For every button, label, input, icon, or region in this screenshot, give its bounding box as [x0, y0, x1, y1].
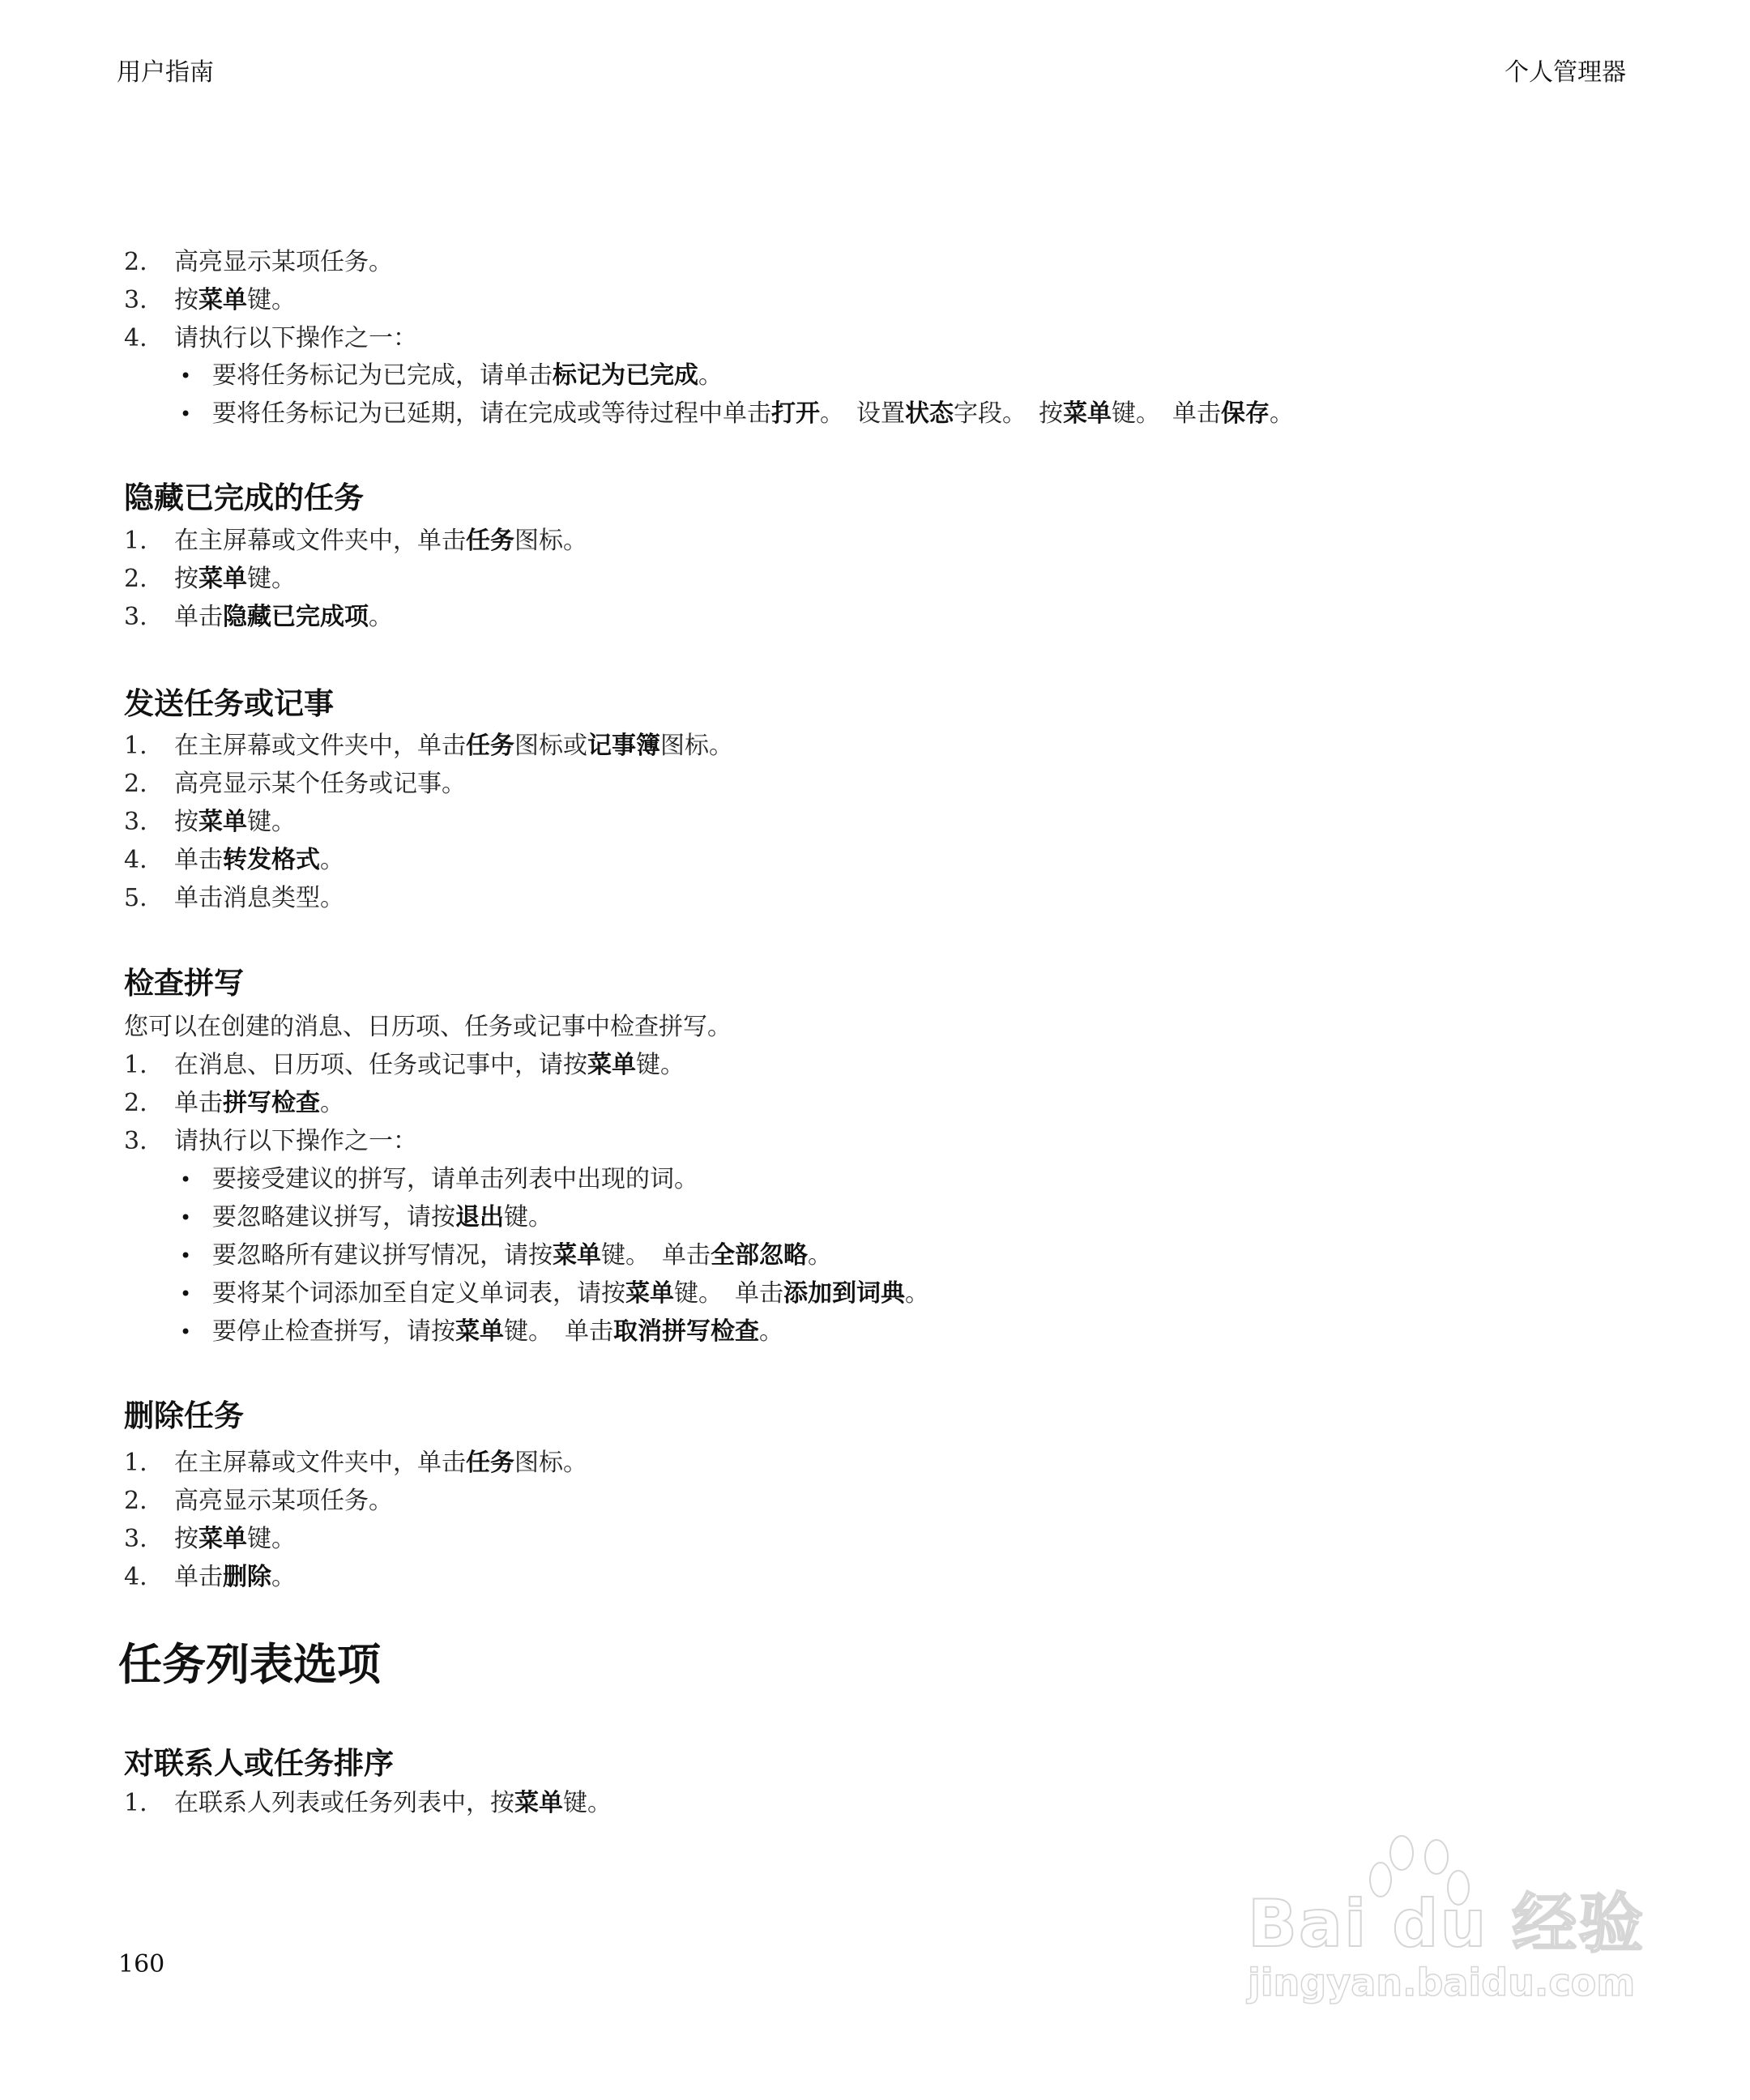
ui-term: 状态 — [905, 399, 954, 428]
step-content: 在主屏幕或文件夹中，单击任务图标。 — [174, 529, 587, 553]
step-text: 要停止检查拼写，请按 — [212, 1317, 455, 1346]
ui-term: 菜单 — [198, 286, 247, 314]
step-text: 高亮显示某个任务或记事。 — [174, 770, 466, 798]
section-heading: 对联系人或任务排序 — [124, 1748, 394, 1778]
step-text: 。 — [320, 1089, 344, 1117]
step-text: 要忽略建议拼写，请按 — [212, 1203, 455, 1231]
ui-term: 添加到词典 — [783, 1279, 905, 1308]
step-text: 按 — [174, 286, 198, 314]
step-text: 按 — [174, 1525, 198, 1553]
ui-term: 打开 — [771, 399, 820, 428]
bullet-icon: • — [180, 1167, 191, 1192]
step-number: 3. — [124, 288, 147, 313]
section-intro: 您可以在创建的消息、日历项、任务或记事中检查拼写。 — [124, 1015, 732, 1039]
step-content: 按菜单键。 — [174, 567, 296, 591]
step-number: 2. — [124, 250, 147, 275]
running-header-right: 个人管理器 — [1505, 61, 1626, 85]
step-content: 在主屏幕或文件夹中，单击任务图标。 — [174, 1451, 587, 1475]
step-text: 在主屏幕或文件夹中，单击 — [174, 1449, 466, 1477]
step-text: 要将某个词添加至自定义单词表，请按 — [212, 1279, 625, 1308]
ui-term: 任务 — [466, 1449, 514, 1477]
step-text: 。 — [808, 1241, 832, 1270]
step-content: 在消息、日历项、任务或记事中，请按菜单键。 — [174, 1053, 685, 1078]
step-number: 3. — [124, 605, 147, 630]
ui-term: 退出 — [455, 1203, 504, 1231]
ui-term: 取消拼写检查 — [613, 1317, 759, 1346]
step-number: 4. — [124, 848, 147, 873]
step-content: 单击转发格式。 — [174, 848, 344, 873]
ui-term: 全部忽略 — [711, 1241, 808, 1270]
step-text: 。 — [320, 846, 344, 874]
ui-term: 任务 — [466, 732, 514, 760]
step-text: 要接受建议的拼写，请单击列表中出现的词。 — [212, 1165, 698, 1193]
step-text: 要忽略所有建议拼写情况，请按 — [212, 1241, 553, 1270]
step-content: 按菜单键。 — [174, 810, 296, 834]
step-text: 键。 单击 — [504, 1317, 613, 1346]
step-text: 单击消息类型。 — [174, 884, 344, 912]
bullet-content: 要停止检查拼写，请按菜单键。 单击取消拼写检查。 — [212, 1320, 783, 1344]
step-number: 1. — [124, 1053, 147, 1078]
ui-term: 菜单 — [553, 1241, 601, 1270]
step-content: 单击删除。 — [174, 1565, 296, 1590]
bullet-content: 要将任务标记为已完成，请单击标记为已完成。 — [212, 364, 723, 388]
step-content: 请执行以下操作之一： — [174, 1129, 417, 1154]
baidu-jingyan-watermark: Bai du 经验 jingyan.baidu.com — [1248, 1839, 1669, 2017]
bullet-content: 要接受建议的拼写，请单击列表中出现的词。 — [212, 1167, 698, 1192]
step-number: 2. — [124, 772, 147, 796]
bullet-content: 要将某个词添加至自定义单词表，请按菜单键。 单击添加到词典。 — [212, 1282, 929, 1306]
step-text: 字段。 按 — [954, 399, 1063, 428]
running-header-left: 用户指南 — [117, 61, 214, 85]
step-content: 在主屏幕或文件夹中，单击任务图标或记事簿图标。 — [174, 734, 733, 758]
step-text: 键。 单击 — [674, 1279, 783, 1308]
ui-term: 标记为已完成 — [553, 361, 698, 390]
bullet-icon: • — [180, 1320, 191, 1344]
step-text: 键。 — [504, 1203, 553, 1231]
step-content: 高亮显示某项任务。 — [174, 1489, 393, 1513]
step-text: 键。 单击 — [601, 1241, 711, 1270]
paw-toe-icon — [1389, 1835, 1414, 1871]
step-text: 图标。 — [514, 1449, 587, 1477]
step-number: 2. — [124, 1091, 147, 1116]
step-number: 1. — [124, 529, 147, 553]
step-number: 5. — [124, 886, 147, 911]
step-text: 请执行以下操作之一： — [174, 1127, 417, 1155]
step-text: 图标或 — [514, 732, 587, 760]
ui-term: 保存 — [1221, 399, 1270, 428]
section-heading: 隐藏已完成的任务 — [124, 483, 364, 513]
step-number: 1. — [124, 734, 147, 758]
step-text: 。 — [369, 603, 393, 631]
step-text: 要将任务标记为已延期，请在完成或等待过程中单击 — [212, 399, 771, 428]
ui-term: 菜单 — [198, 565, 247, 593]
ui-term: 拼写检查 — [223, 1089, 320, 1117]
bullet-icon: • — [180, 1244, 191, 1268]
step-number: 2. — [124, 567, 147, 591]
step-text: 单击 — [174, 1089, 223, 1117]
step-text: 。 — [759, 1317, 783, 1346]
step-content: 单击拼写检查。 — [174, 1091, 344, 1116]
paw-toe-icon — [1424, 1839, 1449, 1875]
step-text: 在主屏幕或文件夹中，单击 — [174, 527, 466, 555]
step-text: 按 — [174, 808, 198, 836]
step-content: 单击消息类型。 — [174, 886, 344, 911]
bullet-icon: • — [180, 364, 191, 388]
ui-term: 菜单 — [514, 1789, 563, 1817]
bullet-icon: • — [180, 1206, 191, 1230]
watermark-url: jingyan.baidu.com — [1248, 1961, 1635, 2004]
step-text: 在联系人列表或任务列表中，按 — [174, 1789, 514, 1817]
step-text: 高亮显示某项任务。 — [174, 248, 393, 276]
step-number: 4. — [124, 327, 147, 351]
step-text: 键。 — [563, 1789, 612, 1817]
bullet-icon: • — [180, 402, 191, 426]
step-content: 按菜单键。 — [174, 288, 296, 313]
watermark-logo-text: Bai du 经验 — [1248, 1872, 1645, 1965]
step-text: 在消息、日历项、任务或记事中，请按 — [174, 1051, 587, 1079]
bullet-content: 要忽略建议拼写，请按退出键。 — [212, 1206, 553, 1230]
step-number: 3. — [124, 1527, 147, 1552]
step-number: 1. — [124, 1451, 147, 1475]
ui-term: 隐藏已完成项 — [223, 603, 369, 631]
bullet-icon: • — [180, 1282, 191, 1306]
section-heading: 删除任务 — [124, 1401, 244, 1431]
step-content: 请执行以下操作之一： — [174, 327, 417, 351]
step-content: 高亮显示某个任务或记事。 — [174, 772, 466, 796]
step-text: 键。 — [247, 808, 296, 836]
chapter-heading: 任务列表选项 — [118, 1643, 381, 1687]
step-text: 。 设置 — [820, 399, 905, 428]
step-text: 图标。 — [514, 527, 587, 555]
step-content: 按菜单键。 — [174, 1527, 296, 1552]
step-number: 2. — [124, 1489, 147, 1513]
step-text: 。 — [905, 1279, 929, 1308]
step-number: 3. — [124, 810, 147, 834]
step-text: 。 — [1270, 399, 1294, 428]
ui-term: 记事簿 — [587, 732, 660, 760]
step-number: 1. — [124, 1791, 147, 1816]
step-text: 请执行以下操作之一： — [174, 324, 417, 352]
step-text: 。 — [271, 1563, 296, 1591]
step-text: 图标。 — [660, 732, 733, 760]
step-text: 高亮显示某项任务。 — [174, 1487, 393, 1515]
ui-term: 菜单 — [198, 1525, 247, 1553]
step-number: 3. — [124, 1129, 147, 1154]
step-text: 单击 — [174, 1563, 223, 1591]
step-text: 键。 — [247, 565, 296, 593]
step-content: 高亮显示某项任务。 — [174, 250, 393, 275]
step-text: 单击 — [174, 846, 223, 874]
bullet-content: 要将任务标记为已延期，请在完成或等待过程中单击打开。 设置状态字段。 按菜单键。… — [212, 402, 1294, 426]
section-heading: 检查拼写 — [124, 968, 244, 998]
step-text: 。 — [698, 361, 723, 390]
step-text: 要将任务标记为已完成，请单击 — [212, 361, 553, 390]
step-text: 在主屏幕或文件夹中，单击 — [174, 732, 466, 760]
ui-term: 转发格式 — [223, 846, 320, 874]
step-text: 按 — [174, 565, 198, 593]
ui-term: 菜单 — [198, 808, 247, 836]
ui-term: 任务 — [466, 527, 514, 555]
step-text: 键。 — [247, 286, 296, 314]
ui-term: 菜单 — [455, 1317, 504, 1346]
bullet-content: 要忽略所有建议拼写情况，请按菜单键。 单击全部忽略。 — [212, 1244, 832, 1268]
step-text: 键。 单击 — [1112, 399, 1221, 428]
step-number: 4. — [124, 1565, 147, 1590]
ui-term: 菜单 — [625, 1279, 674, 1308]
section-heading: 发送任务或记事 — [124, 689, 334, 719]
step-content: 单击隐藏已完成项。 — [174, 605, 393, 630]
step-text: 键。 — [247, 1525, 296, 1553]
step-text: 单击 — [174, 603, 223, 631]
page-number: 160 — [118, 1953, 164, 1977]
ui-term: 菜单 — [1063, 399, 1112, 428]
ui-term: 菜单 — [587, 1051, 636, 1079]
step-text: 键。 — [636, 1051, 685, 1079]
step-content: 在联系人列表或任务列表中，按菜单键。 — [174, 1791, 612, 1816]
ui-term: 删除 — [223, 1563, 271, 1591]
